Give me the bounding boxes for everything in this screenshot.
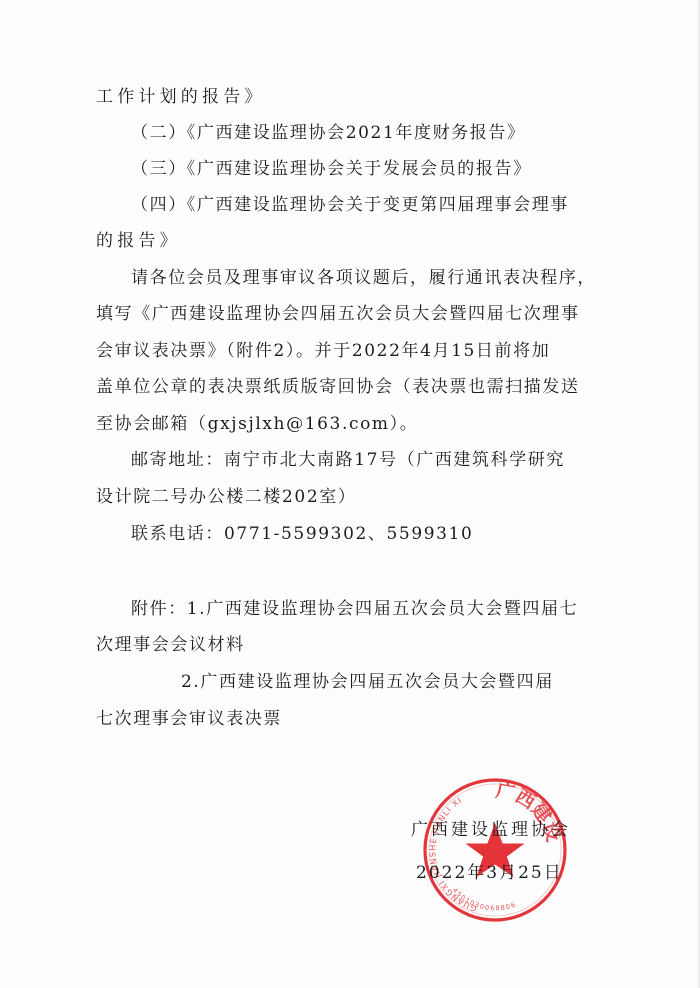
agenda-item-2: （二）《广西建设监理协会2021年度财务报告》: [131, 120, 643, 146]
agenda-item-4: （四）《广西建设监理协会关于变更第四届理事会理事: [131, 192, 643, 218]
signature-date: 2022年3月25日: [416, 860, 563, 886]
text-line-agenda-1-end: 工作计划的报告》: [96, 84, 608, 110]
svg-text:4501030068806: 4501030068806: [451, 886, 518, 912]
document-page: 工作计划的报告》 （二）《广西建设监理协会2021年度财务报告》 （三）《广西建…: [0, 0, 700, 988]
instruction-paragraph-line-2: 填写《广西建设监理协会四届五次会员大会暨四届七次理事: [96, 301, 608, 327]
contact-phone: 联系电话：0771-5599302、5599310: [131, 521, 643, 547]
mailing-address-line-1: 邮寄地址：南宁市北大南路17号（广西建筑科学研究: [131, 447, 643, 473]
official-seal-icon: 广西建设监理协会 GUANGXI JIANSHE JIANLI XIEHUI 4…: [420, 775, 570, 925]
mailing-address-line-2: 设计院二号办公楼二楼202室）: [96, 484, 608, 510]
agenda-item-4-end: 的报告》: [96, 228, 608, 254]
attachment-1-line-1: 附件：1.广西建设监理协会四届五次会员大会暨四届七: [131, 596, 643, 622]
instruction-paragraph-line-1: 请各位会员及理事审议各项议题后，履行通讯表决程序，: [131, 265, 643, 291]
instruction-paragraph-line-4: 盖单位公章的表决票纸质版寄回协会（表决票也需扫描发送: [96, 374, 608, 400]
signature-organization: 广西建设监理协会: [411, 817, 571, 843]
agenda-item-3: （三）《广西建设监理协会关于发展会员的报告》: [131, 156, 643, 182]
attachment-1-line-2: 次理事会会议材料: [96, 632, 608, 658]
attachment-2-line-1: 2.广西建设监理协会四届五次会员大会暨四届: [181, 669, 693, 695]
email-line: 至协会邮箱（gxjsjlxh@163.com）。: [96, 411, 608, 437]
seal-code: 4501030068806: [451, 886, 518, 912]
instruction-paragraph-line-3: 会审议表决票》（附件2）。并于2022年4月15日前将加: [96, 338, 608, 364]
attachment-2-line-2: 七次理事会审议表决票: [96, 706, 608, 732]
